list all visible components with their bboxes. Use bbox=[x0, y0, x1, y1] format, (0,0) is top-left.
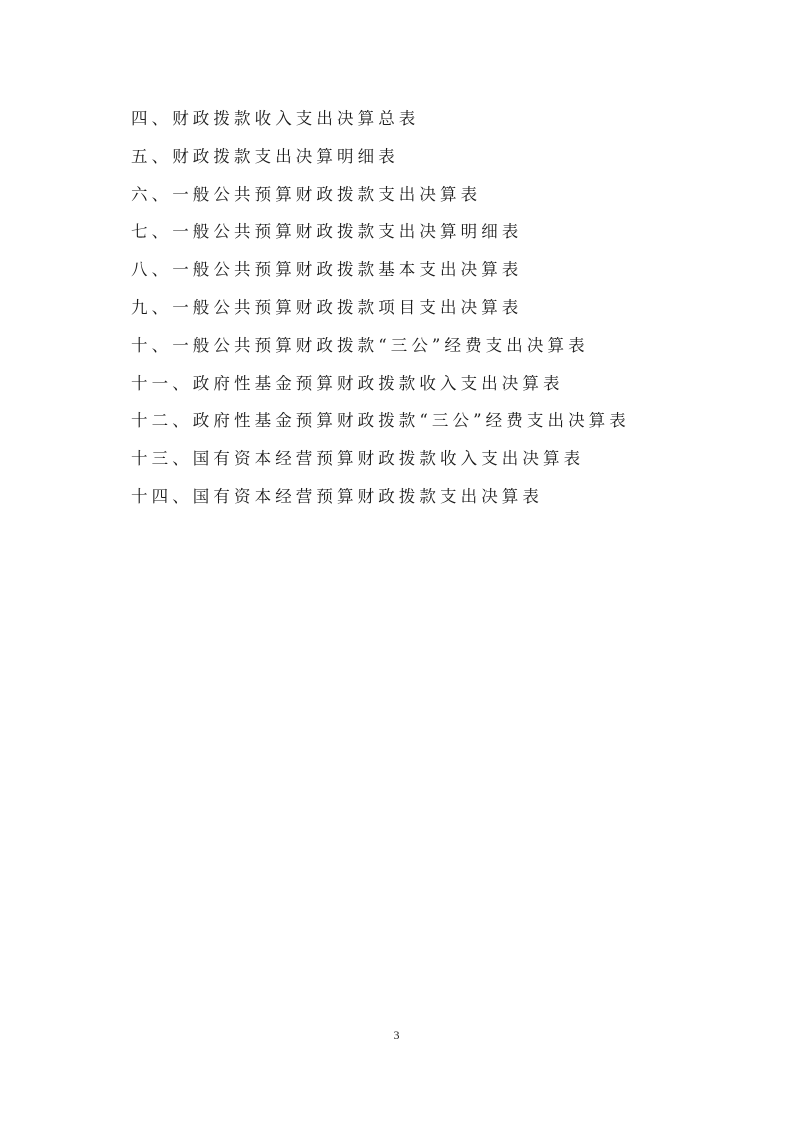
toc-item-12: 十二、政府性基金预算财政拨款“三公”经费支出决算表 bbox=[131, 408, 630, 446]
toc-item-13: 十三、国有资本经营预算财政拨款收入支出决算表 bbox=[131, 446, 630, 484]
table-of-contents-list: 四、财政拨款收入支出决算总表 五、财政拨款支出决算明细表 六、一般公共预算财政拨… bbox=[131, 106, 630, 522]
toc-item-7: 七、一般公共预算财政拨款支出决算明细表 bbox=[131, 219, 630, 257]
toc-item-4: 四、财政拨款收入支出决算总表 bbox=[131, 106, 630, 144]
toc-item-11: 十一、政府性基金预算财政拨款收入支出决算表 bbox=[131, 371, 630, 409]
toc-item-5: 五、财政拨款支出决算明细表 bbox=[131, 144, 630, 182]
toc-item-10: 十、一般公共预算财政拨款“三公”经费支出决算表 bbox=[131, 333, 630, 371]
page-number: 3 bbox=[0, 1028, 793, 1043]
toc-item-6: 六、一般公共预算财政拨款支出决算表 bbox=[131, 182, 630, 220]
toc-item-8: 八、一般公共预算财政拨款基本支出决算表 bbox=[131, 257, 630, 295]
toc-item-9: 九、一般公共预算财政拨款项目支出决算表 bbox=[131, 295, 630, 333]
document-page: 四、财政拨款收入支出决算总表 五、财政拨款支出决算明细表 六、一般公共预算财政拨… bbox=[0, 0, 793, 1122]
toc-item-14: 十四、国有资本经营预算财政拨款支出决算表 bbox=[131, 484, 630, 522]
